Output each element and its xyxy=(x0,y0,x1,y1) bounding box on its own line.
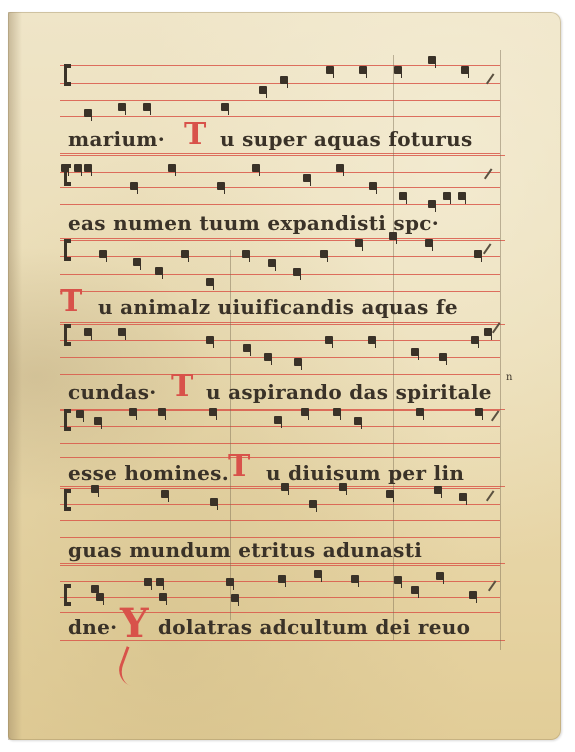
neume-note xyxy=(394,576,402,584)
neume-note xyxy=(118,328,126,336)
neume-note xyxy=(326,66,334,74)
neume-note xyxy=(336,164,344,172)
neume-note xyxy=(399,192,407,200)
neume-note xyxy=(428,200,436,208)
rubric-initial-t: T xyxy=(228,452,250,482)
text-line-3: u animalz uiuificandis aquas fe xyxy=(98,296,458,318)
neume-note xyxy=(168,164,176,172)
neume-note xyxy=(439,353,447,361)
neume-note xyxy=(91,585,99,593)
text-segment: eas numen tuum expandisti spc· xyxy=(68,211,439,235)
neume-note xyxy=(278,575,286,583)
neume-note xyxy=(355,239,363,247)
neume-note xyxy=(206,336,214,344)
c-clef-icon xyxy=(64,239,70,261)
staff-line xyxy=(60,172,500,173)
neume-note xyxy=(469,591,477,599)
c-clef-icon xyxy=(64,324,70,346)
text-line-7-cont: dolatras adcultum dei reuo xyxy=(158,616,470,638)
neume-note xyxy=(471,336,479,344)
neume-note xyxy=(84,164,92,172)
text-line-4: cundas· xyxy=(68,381,157,403)
neume-note xyxy=(252,164,260,172)
neume-note xyxy=(159,593,167,601)
neume-note xyxy=(320,250,328,258)
staff-line xyxy=(60,597,500,598)
text-line-5-cont: u diuisum per lin xyxy=(266,462,464,484)
text-rule-line xyxy=(60,324,505,325)
text-rule-line xyxy=(60,409,505,410)
rubric-initial-t: T xyxy=(60,287,82,317)
neume-note xyxy=(210,498,218,506)
text-rule-line xyxy=(60,563,505,564)
text-segment: u animalz uiuificandis aquas fe xyxy=(98,295,458,319)
text-line-5: esse homines. xyxy=(68,462,229,484)
rubric-initial-t: T xyxy=(184,120,206,150)
neume-note xyxy=(434,486,442,494)
rubric-initial-y: Y xyxy=(120,604,149,644)
staff-line xyxy=(60,238,500,239)
c-clef-icon xyxy=(64,584,70,606)
neume-note xyxy=(144,578,152,586)
custos-icon xyxy=(491,410,499,421)
staff-line xyxy=(60,116,500,117)
staff-line xyxy=(60,357,500,358)
neume-note xyxy=(333,408,341,416)
staff-line xyxy=(60,410,500,411)
staff-line xyxy=(60,520,500,521)
rubric-initial-t: T xyxy=(171,372,193,402)
text-segment: u aspirando das spiritale xyxy=(206,380,492,404)
neume-note xyxy=(209,408,217,416)
text-rule-line xyxy=(60,155,505,156)
neume-note xyxy=(369,182,377,190)
neume-note xyxy=(394,66,402,74)
neume-note xyxy=(242,250,250,258)
text-segment: u diuisum per lin xyxy=(266,461,464,485)
neume-note xyxy=(158,408,166,416)
neume-note xyxy=(303,174,311,182)
neume-note xyxy=(459,493,467,501)
c-clef-icon xyxy=(64,164,70,186)
c-clef-icon xyxy=(64,409,70,431)
neume-note xyxy=(280,76,288,84)
neume-note xyxy=(314,570,322,578)
neume-note xyxy=(416,408,424,416)
neume-note xyxy=(74,164,82,172)
staff-line xyxy=(60,565,500,566)
neume-note xyxy=(130,182,138,190)
staff-line xyxy=(60,256,500,257)
neume-note xyxy=(118,103,126,111)
text-line-1-cont: u super aquas foturus xyxy=(220,128,473,150)
neume-note xyxy=(94,417,102,425)
neume-note xyxy=(368,336,376,344)
neume-note xyxy=(161,490,169,498)
custos-icon xyxy=(488,580,496,591)
neume-note xyxy=(274,416,282,424)
text-line-4-cont: u aspirando das spiritale xyxy=(206,381,492,403)
neume-note xyxy=(354,417,362,425)
text-segment: guas mundum etritus adunasti xyxy=(68,538,422,562)
neume-note xyxy=(264,353,272,361)
neume-note xyxy=(231,594,239,602)
staff-line xyxy=(60,187,500,188)
neume-note xyxy=(309,500,317,508)
ruling-line xyxy=(500,50,501,650)
neume-note xyxy=(99,250,107,258)
manuscript-page: marium· T u super aquas foturus eas nume… xyxy=(8,12,561,740)
neume-note xyxy=(156,578,164,586)
neume-note xyxy=(155,267,163,275)
text-rule-line xyxy=(60,240,505,241)
staff-line xyxy=(60,457,500,458)
neume-note xyxy=(91,485,99,493)
staff-line xyxy=(60,291,500,292)
neume-note xyxy=(428,56,436,64)
neume-note xyxy=(294,358,302,366)
neume-note xyxy=(217,182,225,190)
staff-line xyxy=(60,153,500,154)
c-clef-icon xyxy=(64,489,70,511)
text-line-2: eas numen tuum expandisti spc· xyxy=(68,212,439,234)
neume-note xyxy=(325,336,333,344)
neume-note xyxy=(76,410,84,418)
text-segment: marium· xyxy=(68,127,165,151)
custos-icon xyxy=(483,243,491,254)
text-line-7: dne· xyxy=(68,616,117,638)
text-segment: dolatras adcultum dei reuo xyxy=(158,615,470,639)
neume-note xyxy=(243,344,251,352)
custos-icon xyxy=(486,490,494,501)
staff-line xyxy=(60,443,500,444)
neume-note xyxy=(143,103,151,111)
neume-note xyxy=(411,348,419,356)
neume-note xyxy=(133,258,141,266)
neume-note xyxy=(221,103,229,111)
text-line-1: marium· xyxy=(68,128,165,150)
custos-icon xyxy=(484,168,492,179)
neume-note xyxy=(301,408,309,416)
staff-line xyxy=(60,340,500,341)
text-segment: cundas· xyxy=(68,380,157,404)
neume-note xyxy=(411,586,419,594)
text-line-6: guas mundum etritus adunasti xyxy=(68,539,422,561)
neume-note xyxy=(84,328,92,336)
neume-note xyxy=(268,259,276,267)
neume-note xyxy=(475,408,483,416)
neume-note xyxy=(351,575,359,583)
neume-note xyxy=(96,593,104,601)
neume-note xyxy=(458,192,466,200)
staff-line xyxy=(60,100,500,101)
neume-note xyxy=(181,250,189,258)
neume-note xyxy=(129,408,137,416)
initial-flourish xyxy=(114,646,142,686)
superscript-abbreviation: n xyxy=(506,372,512,383)
neume-note xyxy=(425,239,433,247)
neume-note xyxy=(386,490,394,498)
text-segment: dne· xyxy=(68,615,117,639)
page-edge-shadow xyxy=(8,12,22,740)
neume-note xyxy=(359,66,367,74)
c-clef-icon xyxy=(64,64,70,86)
staff-line xyxy=(60,322,500,323)
neume-note xyxy=(84,109,92,117)
staff-line xyxy=(60,274,500,275)
neume-note xyxy=(259,86,267,94)
text-segment: u super aquas foturus xyxy=(220,127,473,151)
neume-note xyxy=(206,278,214,286)
neume-note xyxy=(293,268,301,276)
neume-note xyxy=(443,192,451,200)
neume-note xyxy=(461,66,469,74)
neume-note xyxy=(436,572,444,580)
text-segment: esse homines. xyxy=(68,461,229,485)
staff-line xyxy=(60,374,500,375)
neume-note xyxy=(474,250,482,258)
neume-note xyxy=(226,578,234,586)
staff-line xyxy=(60,504,500,505)
